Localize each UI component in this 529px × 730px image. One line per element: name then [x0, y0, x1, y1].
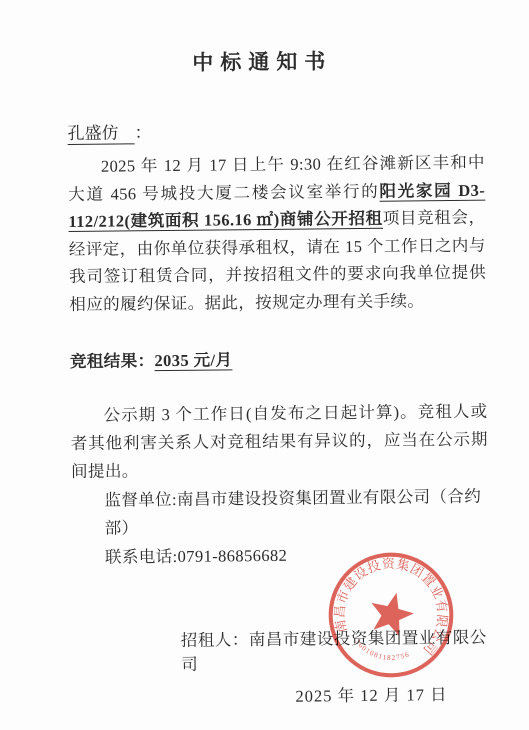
scanned-document-page: 中标通知书 孔盛仿： 2025 年 12 月 17 日上午 9:30 在红谷滩新…: [0, 0, 529, 730]
lessor-label: 招租人：: [181, 630, 249, 650]
bid-result-line: 竞租结果：2035 元/月: [70, 343, 487, 371]
supervisor-line: 监督单位:南昌市建设投资集团置业有限公司（合约部）: [71, 482, 489, 543]
recipient-name: 孔盛仿: [67, 123, 134, 145]
bid-result-value: 2035 元/月: [154, 350, 242, 370]
document-title: 中标通知书: [54, 44, 471, 78]
body-paragraph: 2025 年 12 月 17 日上午 9:30 在红谷滩新区丰和中大道 456 …: [68, 149, 487, 319]
recipient-colon: ：: [134, 123, 151, 142]
contact-phone-line: 联系电话:0791-86856682: [72, 539, 489, 572]
signature-date-line: 2025 年 12 月 17 日: [73, 681, 490, 709]
recipient-line: 孔盛仿：: [67, 115, 484, 144]
lessor-line: 招租人：南昌市建设投资集团置业有限公司: [73, 624, 490, 676]
publicity-notice-paragraph: 公示期 3 个工作日(自发布之日起计算)。竞租人或者其他利害关系人对竞租结果有异…: [70, 397, 488, 487]
document-sheet: 中标通知书 孔盛仿： 2025 年 12 月 17 日上午 9:30 在红谷滩新…: [0, 0, 529, 730]
bid-result-label: 竞租结果：: [70, 351, 155, 371]
